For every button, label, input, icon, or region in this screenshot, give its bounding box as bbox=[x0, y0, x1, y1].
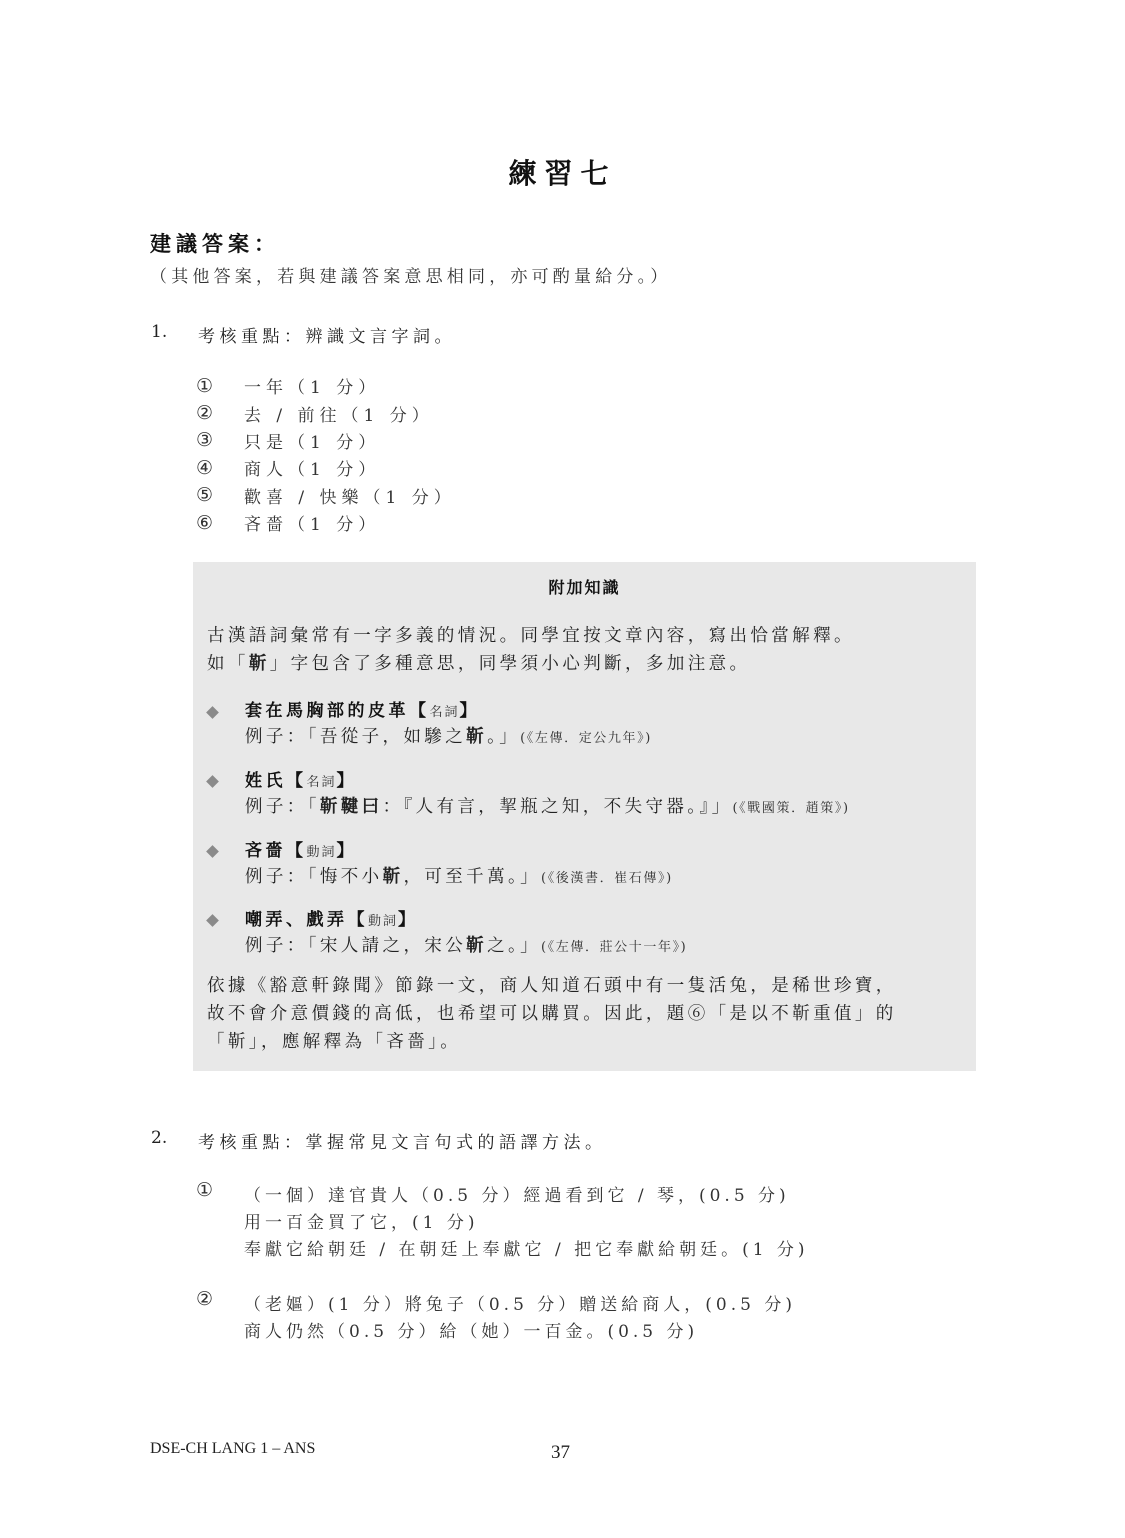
example-text: 例子：「吾從子，如驂之 bbox=[245, 727, 466, 747]
diamond-bullet-icon bbox=[206, 775, 219, 788]
additional-knowledge-box: 附加知識 古漢語詞彙常有一字多義的情況。同學宜按文章內容，寫出恰當解釋。 如「靳… bbox=[193, 562, 976, 1071]
example-text: ：『人有言，挈瓶之知，不失守器。』」 bbox=[383, 797, 733, 817]
meaning-text: 嘲弄、戲弄 bbox=[245, 910, 348, 930]
answer-line: 商人仍然（0.5 分）給（她）一百金。(0.5 分) bbox=[244, 1317, 698, 1342]
answer-note: （其他答案，若與建議答案意思相同，亦可酌量給分。） bbox=[150, 262, 672, 287]
example-source: (《左傳．莊公十一年》) bbox=[541, 940, 687, 955]
answer-marker: ⑥ bbox=[196, 512, 244, 534]
answer-marker: ① bbox=[196, 375, 244, 397]
example-text: 例子：「宋人請之，宋公 bbox=[245, 936, 466, 956]
diamond-bullet-icon bbox=[206, 706, 219, 719]
answer-text: 一年（1 分） bbox=[244, 373, 380, 398]
answer-item: ①一年（1 分） bbox=[196, 372, 456, 399]
answer-text: 歡喜 / 快樂（1 分） bbox=[244, 483, 456, 508]
answer-item: ②去 / 前往（1 分） bbox=[196, 399, 456, 426]
key-character: 靳 bbox=[383, 867, 404, 887]
answer-text: 吝嗇（1 分） bbox=[244, 510, 380, 535]
answer-marker: ① bbox=[196, 1179, 213, 1201]
part-of-speech: 動詞 bbox=[307, 845, 337, 860]
example-text: 例子：「 bbox=[245, 797, 320, 817]
answer-marker: ④ bbox=[196, 457, 244, 479]
question-2-number: 2. bbox=[151, 1128, 167, 1148]
example-line: 例子：「吾從子，如驂之靳。」(《左傳．定公九年》) bbox=[245, 723, 652, 748]
footer-document-code: DSE-CH LANG 1 – ANS bbox=[150, 1440, 315, 1458]
part-of-speech: 名詞 bbox=[430, 705, 460, 720]
meaning-heading: 吝嗇【動詞】 bbox=[245, 836, 357, 861]
example-source: (《戰國策．趙策》) bbox=[733, 801, 850, 816]
question-2-focus: 考核重點：掌握常見文言句式的語譯方法。 bbox=[198, 1128, 607, 1153]
intro-text: 」字包含了多種意思，同學須小心判斷，多加注意。 bbox=[270, 654, 751, 674]
example-text: 之。」 bbox=[487, 936, 541, 956]
answer-text: 只是（1 分） bbox=[244, 428, 380, 453]
example-line: 例子：「悔不小靳，可至千萬。」(《後漢書．崔石傳》) bbox=[245, 863, 673, 888]
answer-marker: ② bbox=[196, 402, 244, 424]
example-source: (《後漢書．崔石傳》) bbox=[541, 871, 673, 886]
question-1-focus-text: 辨識文言字詞。 bbox=[306, 327, 457, 347]
answer-line: 用一百金買了它，(1 分) bbox=[244, 1208, 478, 1233]
question-2-focus-label: 考核重點： bbox=[198, 1133, 306, 1153]
answer-heading: 建議答案： bbox=[150, 228, 280, 258]
question-2-focus-text: 掌握常見文言句式的語譯方法。 bbox=[306, 1133, 607, 1153]
answer-marker: ③ bbox=[196, 429, 244, 451]
meaning-text: 套在馬胸部的皮革 bbox=[245, 701, 409, 721]
answer-line: 奉獻它給朝廷 / 在朝廷上奉獻它 / 把它奉獻給朝廷。(1 分) bbox=[244, 1235, 809, 1260]
meaning-text: 吝嗇 bbox=[245, 841, 286, 861]
example-line: 例子：「宋人請之，宋公靳之。」(《左傳．莊公十一年》) bbox=[245, 932, 687, 957]
example-line: 例子：「靳鞬曰：『人有言，挈瓶之知，不失守器。』」(《戰國策．趙策》) bbox=[245, 793, 850, 818]
question-1-focus-label: 考核重點： bbox=[198, 327, 306, 347]
answer-text: 商人（1 分） bbox=[244, 455, 380, 480]
intro-text: 如「 bbox=[207, 654, 249, 674]
box-conclusion-line-1: 依據《豁意軒錄聞》節錄一文，商人知道石頭中有一隻活兔，是稀世珍寶， bbox=[207, 972, 897, 1000]
example-source: (《左傳．定公九年》) bbox=[520, 731, 652, 746]
example-text: 例子：「悔不小 bbox=[245, 867, 383, 887]
meaning-heading: 姓氏【名詞】 bbox=[245, 766, 357, 791]
key-character: 靳 bbox=[466, 727, 487, 747]
page-number: 37 bbox=[551, 1442, 570, 1464]
key-character: 靳 bbox=[249, 654, 270, 674]
answer-line: （老嫗）(1 分）將兔子（0.5 分）贈送給商人，(0.5 分) bbox=[244, 1290, 796, 1315]
question-1-focus: 考核重點：辨識文言字詞。 bbox=[198, 322, 456, 347]
meaning-heading: 套在馬胸部的皮革【名詞】 bbox=[245, 696, 480, 721]
answer-item: ④商人（1 分） bbox=[196, 454, 456, 481]
question-1-number: 1. bbox=[151, 322, 167, 342]
box-intro-line-2: 如「靳」字包含了多種意思，同學須小心判斷，多加注意。 bbox=[207, 650, 750, 678]
answer-item: ⑤歡喜 / 快樂（1 分） bbox=[196, 482, 456, 509]
answer-marker: ⑤ bbox=[196, 484, 244, 506]
answer-line: （一個）達官貴人（0.5 分）經過看到它 / 琴，(0.5 分) bbox=[244, 1181, 790, 1206]
box-conclusion-line-3: 「靳」，應解釋為「吝嗇」。 bbox=[207, 1028, 461, 1056]
example-text: 。」 bbox=[487, 727, 520, 747]
diamond-bullet-icon bbox=[206, 914, 219, 927]
answer-text: 去 / 前往（1 分） bbox=[244, 401, 434, 426]
box-conclusion-line-2: 故不會介意價錢的高低，也希望可以購買。因此，題⑥「是以不靳重值」的 bbox=[207, 1000, 897, 1028]
answer-marker: ② bbox=[196, 1288, 213, 1310]
page-title: 練習七 bbox=[0, 152, 1125, 192]
meaning-heading: 嘲弄、戲弄【動詞】 bbox=[245, 905, 419, 930]
meaning-text: 姓氏 bbox=[245, 771, 286, 791]
example-text: ，可至千萬。」 bbox=[403, 867, 541, 887]
box-title: 附加知識 bbox=[193, 575, 976, 598]
diamond-bullet-icon bbox=[206, 845, 219, 858]
key-character: 靳 bbox=[466, 936, 487, 956]
key-character: 靳鞬曰 bbox=[320, 797, 383, 817]
answer-item: ⑥吝嗇（1 分） bbox=[196, 509, 456, 536]
part-of-speech: 動詞 bbox=[368, 914, 398, 929]
answer-item: ③只是（1 分） bbox=[196, 427, 456, 454]
question-1-answer-list: ①一年（1 分） ②去 / 前往（1 分） ③只是（1 分） ④商人（1 分） … bbox=[196, 372, 456, 536]
part-of-speech: 名詞 bbox=[307, 775, 337, 790]
box-intro-line-1: 古漢語詞彙常有一字多義的情況。同學宜按文章內容，寫出恰當解釋。 bbox=[207, 622, 855, 650]
